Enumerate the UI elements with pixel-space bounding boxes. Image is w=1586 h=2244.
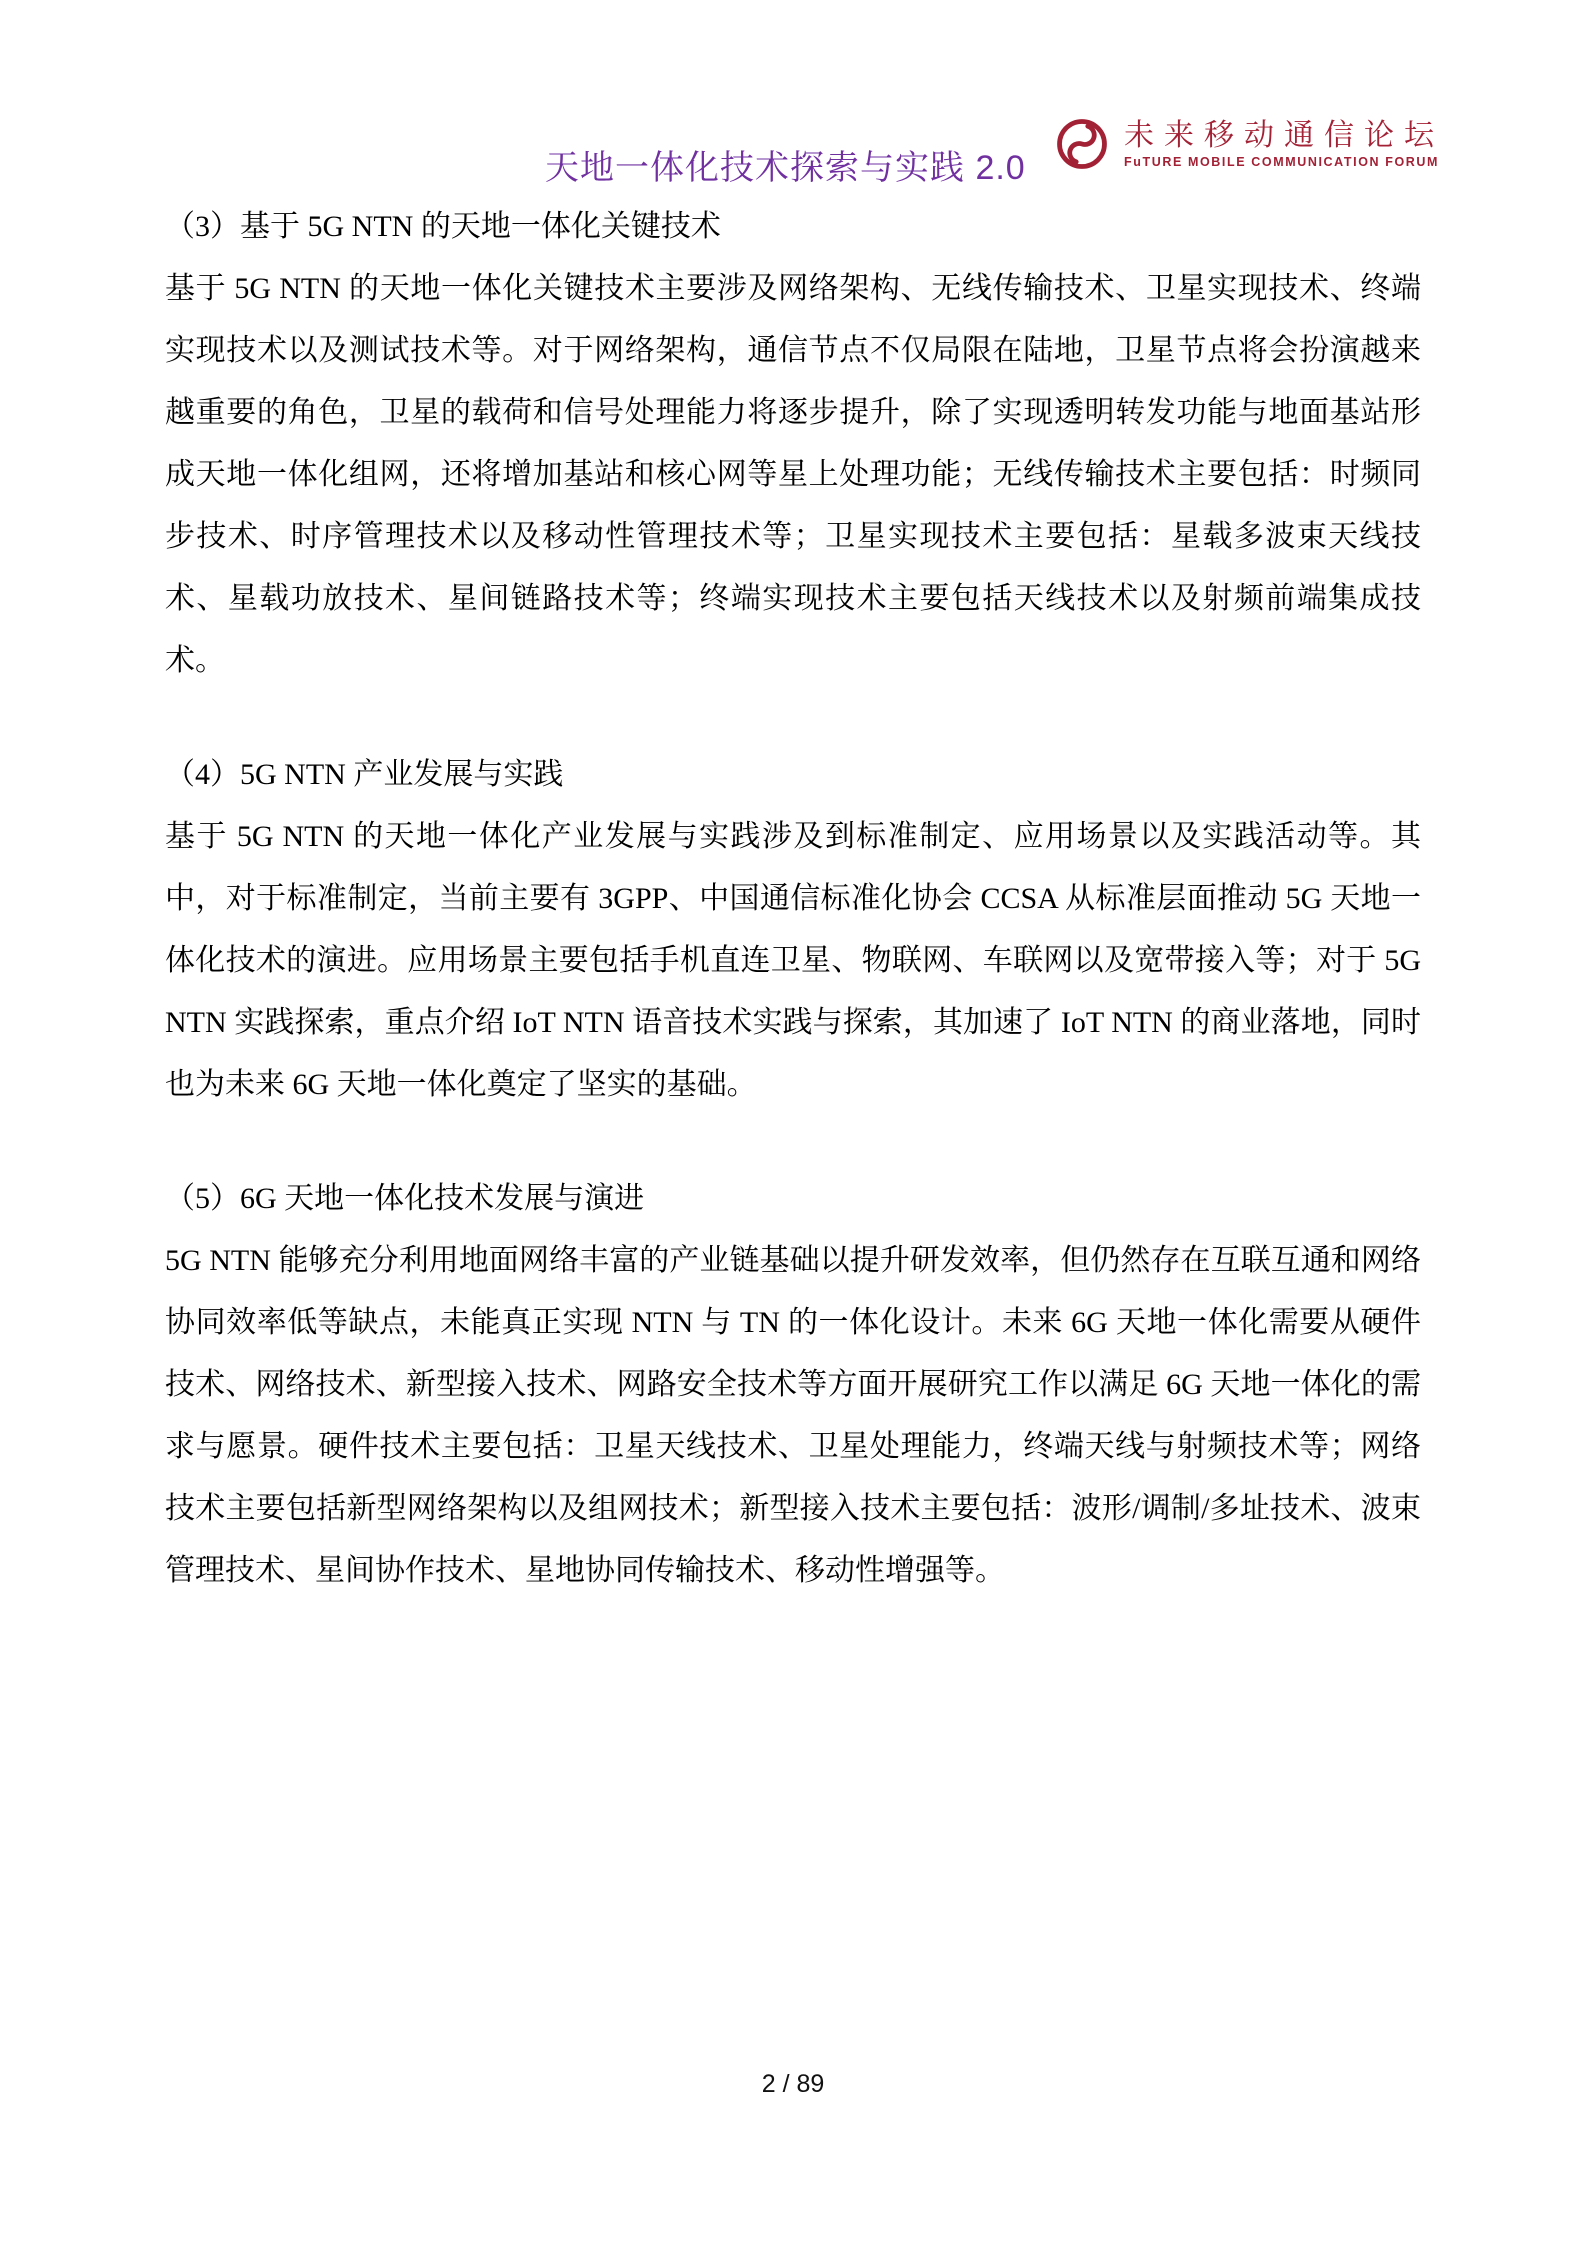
document-title: 天地一体化技术探索与实践 2.0 xyxy=(545,146,1026,190)
forum-logo: 未来移动通信论坛 FuTURE MOBILE COMMUNICATION FOR… xyxy=(1056,118,1444,170)
document-page: 天地一体化技术探索与实践 2.0 未来移动通信论坛 FuTURE MOBILE … xyxy=(0,0,1586,2244)
forum-swirl-ring-icon xyxy=(1056,118,1108,170)
section-4-heading: （4）5G NTN 产业发展与实践 xyxy=(165,744,1421,806)
section-4-industry-practice: （4）5G NTN 产业发展与实践 基于 5G NTN 的天地一体化产业发展与实… xyxy=(165,744,1421,1116)
page-footer: 2 / 89 xyxy=(0,2070,1586,2099)
document-body: （3）基于 5G NTN 的天地一体化关键技术 基于 5G NTN 的天地一体化… xyxy=(165,196,1421,1602)
section-5-6g-evolution: （5）6G 天地一体化技术发展与演进 5G NTN 能够充分利用地面网络丰富的产… xyxy=(165,1168,1421,1602)
forum-logo-text: 未来移动通信论坛 FuTURE MOBILE COMMUNICATION FOR… xyxy=(1124,120,1444,169)
page-header: 天地一体化技术探索与实践 2.0 未来移动通信论坛 FuTURE MOBILE … xyxy=(0,0,1586,205)
forum-logo-english-name: FuTURE MOBILE COMMUNICATION FORUM xyxy=(1124,155,1444,169)
section-3-heading: （3）基于 5G NTN 的天地一体化关键技术 xyxy=(165,196,1421,258)
section-3-paragraph: 基于 5G NTN 的天地一体化关键技术主要涉及网络架构、无线传输技术、卫星实现… xyxy=(165,258,1421,692)
section-5-heading: （5）6G 天地一体化技术发展与演进 xyxy=(165,1168,1421,1230)
section-3-key-technologies: （3）基于 5G NTN 的天地一体化关键技术 基于 5G NTN 的天地一体化… xyxy=(165,196,1421,692)
section-4-paragraph: 基于 5G NTN 的天地一体化产业发展与实践涉及到标准制定、应用场景以及实践活… xyxy=(165,806,1421,1116)
forum-logo-chinese-name: 未来移动通信论坛 xyxy=(1124,120,1444,152)
page-number: 2 / 89 xyxy=(762,2070,825,2098)
section-5-paragraph: 5G NTN 能够充分利用地面网络丰富的产业链基础以提升研发效率，但仍然存在互联… xyxy=(165,1230,1421,1602)
